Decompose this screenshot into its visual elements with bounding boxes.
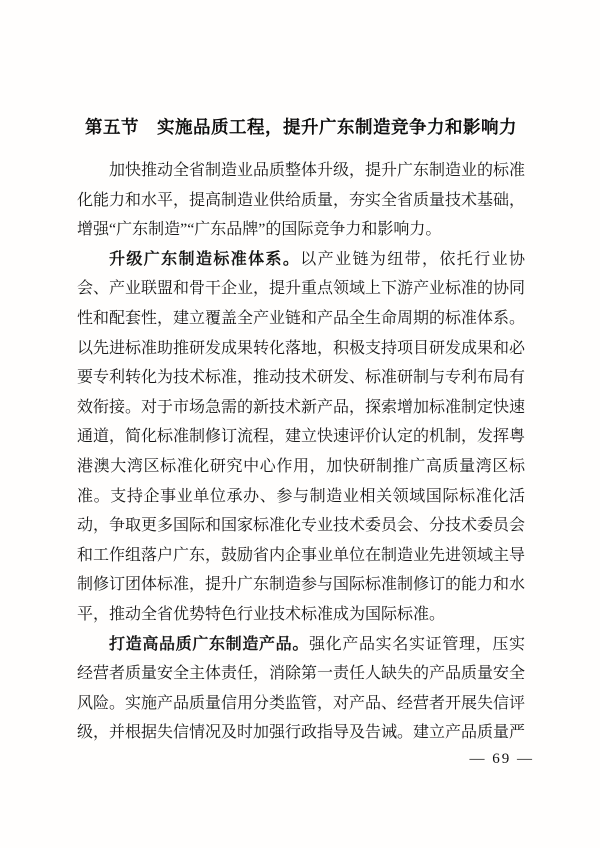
paragraph-lead: 升级广东制造标准体系。 bbox=[109, 251, 300, 268]
paragraph-lead: 打造高品质广东制造产品。 bbox=[109, 636, 309, 653]
document-page: 第五节 实施品质工程，提升广东制造竞争力和影响力 加快推动全省制造业品质整体升级… bbox=[0, 0, 600, 848]
document-body: 加快推动全省制造业品质整体升级，提升广东制造业的标准化能力和水平，提高制造业供给… bbox=[77, 156, 525, 748]
page-number: — 69 — bbox=[470, 751, 535, 768]
paragraph: 升级广东制造标准体系。以产业链为纽带，依托行业协会、产业联盟和骨干企业，提升重点… bbox=[77, 245, 525, 630]
paragraph-text: 以产业链为纽带，依托行业协会、产业联盟和骨干企业，提升重点领域上下游产业标准的协… bbox=[77, 251, 525, 623]
section-title: 第五节 实施品质工程，提升广东制造竞争力和影响力 bbox=[77, 114, 525, 139]
paragraph: 加快推动全省制造业品质整体升级，提升广东制造业的标准化能力和水平，提高制造业供给… bbox=[77, 156, 525, 245]
paragraph: 打造高品质广东制造产品。强化产品实名实证管理，压实经营者质量安全主体责任，消除第… bbox=[77, 630, 525, 748]
paragraph-text: 加快推动全省制造业品质整体升级，提升广东制造业的标准化能力和水平，提高制造业供给… bbox=[77, 162, 525, 238]
